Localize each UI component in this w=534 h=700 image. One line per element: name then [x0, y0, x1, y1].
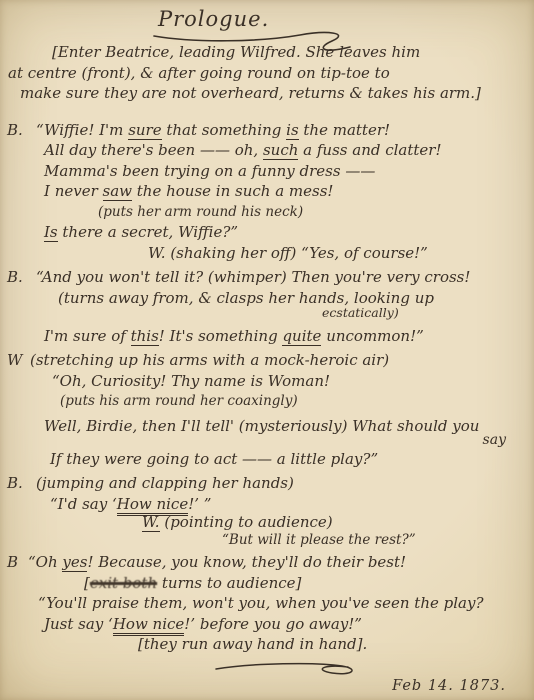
text-segment: I'm sure of: [44, 327, 131, 345]
text-segment: All day there's been —— oh,: [44, 141, 263, 159]
text-segment: !’ before you go away!”: [184, 615, 362, 633]
text-segment: turns to audience]: [157, 574, 301, 592]
text-segment: say: [483, 432, 506, 448]
script-line: (puts her arm round his neck): [0, 202, 534, 223]
date-label: Feb 14. 1873.: [392, 678, 506, 694]
text-segment: “But will it please the rest?”: [222, 532, 416, 548]
text-segment: is: [286, 121, 299, 140]
text-segment: [they run away hand in hand].: [138, 635, 367, 653]
speaker-label: B: [7, 552, 18, 573]
text-segment: (puts his arm round her coaxingly): [60, 393, 298, 409]
speaker-label: B.: [7, 267, 23, 288]
script-line: All day there's been —— oh, such a fuss …: [0, 140, 534, 161]
text-segment: “Oh: [28, 553, 62, 571]
text-segment: Mamma's been trying on a funny dress ——: [44, 162, 375, 180]
title-block: Prologue.: [150, 6, 370, 32]
text-segment: [Enter Beatrice, leading Wilfred. She le…: [52, 43, 420, 61]
text-segment: quite: [282, 327, 321, 346]
script-line: ecstatically): [0, 303, 534, 324]
script-line: Just say ‘How nice!’ before you go away!…: [0, 614, 534, 635]
text-segment: “And you won't tell it? (whimper) Then y…: [36, 268, 470, 286]
text-segment: ! Because, you know, they'll do their be…: [87, 553, 406, 571]
script-line: Is there a secret, Wiffie?”: [0, 222, 534, 243]
script-line: B.(jumping and clapping her hands): [0, 473, 534, 494]
script-line: B.“And you won't tell it? (whimper) Then…: [0, 267, 534, 288]
stage-direction: [Enter Beatrice, leading Wilfred. She le…: [0, 42, 534, 63]
text-segment: [: [84, 574, 90, 592]
closing-flourish: [212, 660, 362, 680]
text-segment: yes: [62, 553, 87, 572]
text-segment: the house in such a mess!: [132, 182, 333, 200]
text-segment: (pointing to audience): [160, 513, 333, 531]
script-line: say: [0, 430, 534, 451]
text-segment: such: [263, 141, 298, 160]
script-line: B“Oh yes! Because, you know, they'll do …: [0, 552, 534, 573]
script-line: W(stretching up his arms with a mock-her…: [0, 350, 534, 371]
text-segment: Just say ‘: [44, 615, 113, 633]
script-line: B.“Wiffie! I'm sure that something is th…: [0, 120, 534, 141]
script-line: Mamma's been trying on a funny dress ——: [0, 161, 534, 182]
text-segment: ! It's something: [159, 327, 283, 345]
script-line: “But will it please the rest?”: [0, 530, 534, 551]
script-line: [exit both turns to audience]: [0, 573, 534, 594]
speaker-label: B.: [7, 120, 23, 141]
text-segment: that something: [162, 121, 287, 139]
text-segment: at centre (front), & after going round o…: [8, 64, 390, 82]
script-line: “You'll praise them, won't you, when you…: [0, 593, 534, 614]
text-segment: ecstatically): [322, 305, 399, 320]
script-line: [they run away hand in hand].: [0, 634, 534, 655]
manuscript-page: Prologue. [Enter Beatrice, leading Wilfr…: [0, 0, 534, 700]
text-segment: there a secret, Wiffie?”: [58, 223, 238, 241]
manuscript-lines: [Enter Beatrice, leading Wilfred. She le…: [0, 42, 534, 655]
text-segment: make sure they are not overheard, return…: [20, 84, 481, 102]
text-segment: saw: [103, 182, 132, 201]
stage-direction: at centre (front), & after going round o…: [0, 63, 534, 84]
script-line: “Oh, Curiosity! Thy name is Woman!: [0, 371, 534, 392]
text-segment: exit both: [90, 574, 157, 592]
text-segment: the matter!: [299, 121, 390, 139]
script-line: “I'd say ‘How nice!’ ”: [0, 494, 534, 515]
speaker-label: B.: [7, 473, 23, 494]
text-segment: (stretching up his arms with a mock-hero…: [30, 351, 389, 369]
text-segment: (jumping and clapping her hands): [36, 474, 294, 492]
text-segment: “You'll praise them, won't you, when you…: [38, 594, 483, 612]
stage-direction: make sure they are not overheard, return…: [0, 83, 534, 104]
text-segment: “Oh, Curiosity! Thy name is Woman!: [52, 372, 330, 390]
text-segment: W. (shaking her off) “Yes, of course!”: [148, 244, 428, 262]
text-segment: I never: [44, 182, 103, 200]
script-line: I never saw the house in such a mess!: [0, 181, 534, 202]
text-segment: !’ ”: [188, 495, 211, 513]
text-segment: a fuss and clatter!: [298, 141, 441, 159]
text-segment: “Wiffie! I'm: [36, 121, 128, 139]
text-segment: (puts her arm round his neck): [98, 204, 303, 220]
speaker-label: W: [7, 350, 22, 371]
text-segment: sure: [128, 121, 161, 140]
script-line: If they were going to act —— a little pl…: [0, 449, 534, 470]
text-segment: uncommon!”: [321, 327, 423, 345]
text-segment: How nice: [113, 615, 184, 636]
text-segment: this: [131, 327, 159, 346]
text-segment: “I'd say ‘: [50, 495, 117, 513]
text-segment: If they were going to act —— a little pl…: [50, 450, 378, 468]
text-segment: Is: [44, 223, 58, 242]
script-line: I'm sure of this! It's something quite u…: [0, 326, 534, 347]
script-line: (puts his arm round her coaxingly): [0, 391, 534, 412]
page-title: Prologue.: [150, 6, 269, 32]
script-line: W. (shaking her off) “Yes, of course!”: [0, 243, 534, 264]
